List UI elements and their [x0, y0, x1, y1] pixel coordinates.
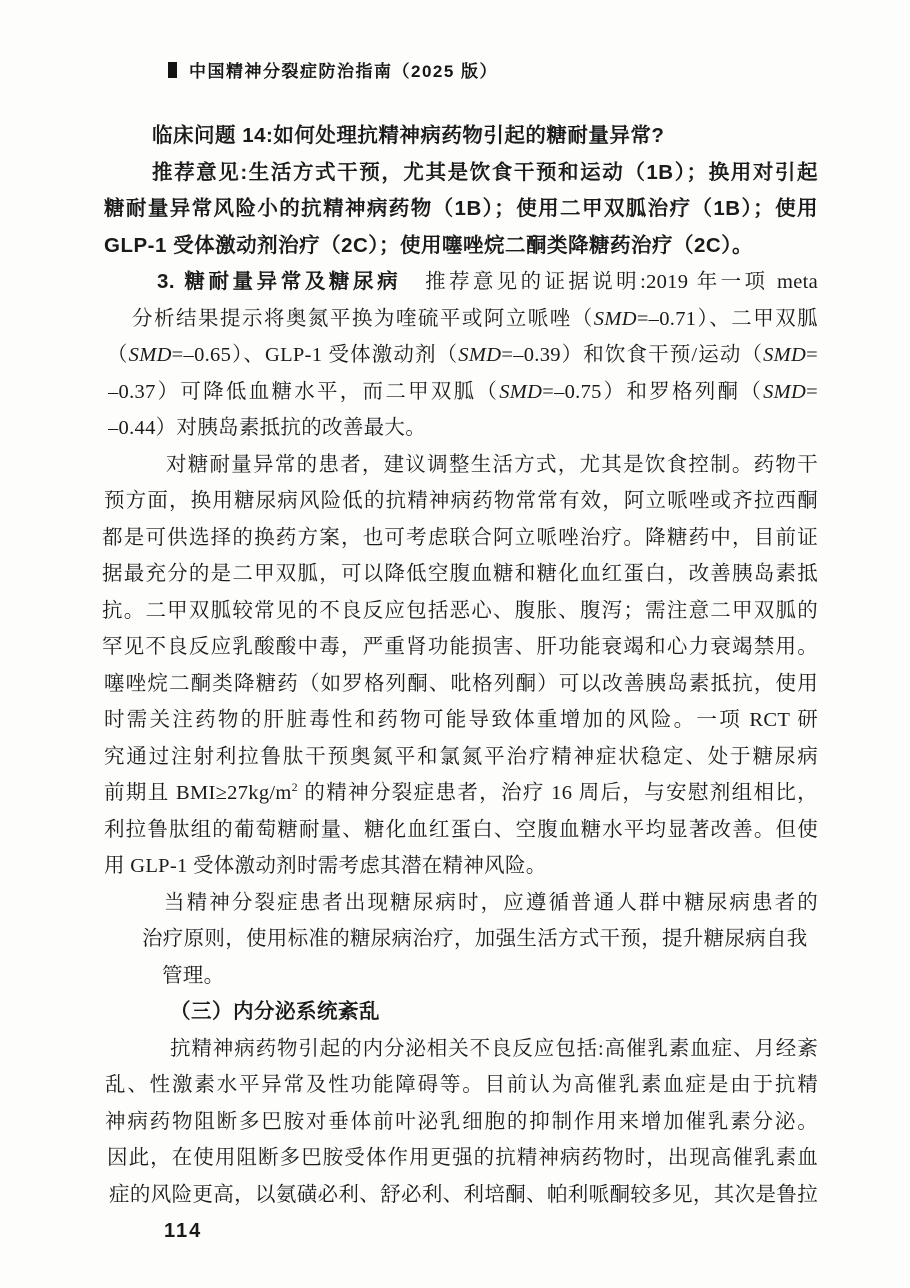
- text-line: 治疗原则，使用标准的糖尿病治疗，加强生活方式干预，提升糖尿病自我: [142, 921, 818, 958]
- text-line: 据最充分的是二甲双胍，可以降低空腹血糖和糖化血红蛋白，改善胰岛素抵: [102, 556, 818, 593]
- text-line: 都是可供选择的换药方案，也可考虑联合阿立哌唑治疗。降糖药中，目前证: [102, 520, 818, 557]
- text-line: （三）内分泌系统紊乱: [170, 994, 818, 1031]
- text-line: 神病药物阻断多巴胺对垂体前叶泌乳细胞的抑制作用来增加催乳素分泌。: [105, 1104, 818, 1141]
- text-line: GLP-1 受体激动剂治疗（2C）；使用噻唑烷二酮类降糖药治疗（2C）。: [104, 228, 818, 265]
- document-body: 临床问题 14:如何处理抗精神病药物引起的糖耐量异常?推荐意见:生活方式干预，尤…: [102, 118, 818, 1213]
- text-line: 用 GLP-1 受体激动剂时需考虑其潜在精神风险。: [104, 848, 818, 885]
- text-line: 噻唑烷二酮类降糖药（如罗格列酮、吡格列酮）可以改善胰岛素抵抗，使用: [104, 666, 818, 703]
- header-marker-icon: [168, 62, 177, 78]
- text-line: 抗。二甲双胍较常见的不良反应包括恶心、腹胀、腹泻；需注意二甲双胍的: [102, 593, 818, 630]
- text-line: 临床问题 14:如何处理抗精神病药物引起的糖耐量异常?: [152, 118, 818, 155]
- text-line: 当精神分裂症患者出现糖尿病时，应遵循普通人群中糖尿病患者的: [164, 885, 818, 922]
- text-line: 抗精神病药物引起的内分泌相关不良反应包括:高催乳素血症、月经紊: [170, 1031, 818, 1068]
- text-line: 管理。: [162, 958, 818, 995]
- header-title: 中国精神分裂症防治指南（2025 版）: [189, 57, 498, 82]
- text-line: 预方面，换用糖尿病风险低的抗精神病药物常常有效，阿立哌唑或齐拉西酮: [104, 483, 818, 520]
- text-line: 推荐意见:生活方式干预，尤其是饮食干预和运动（1B）；换用对引起: [152, 155, 818, 192]
- text-line: 前期且 BMI≥27kg/m2 的精神分裂症患者，治疗 16 周后，与安慰剂组相…: [104, 775, 818, 812]
- page-number: 114: [164, 1220, 202, 1243]
- text-line: 罕见不良反应乳酸酸中毒，严重肾功能损害、肝功能衰竭和心力衰竭禁用。: [102, 629, 818, 666]
- text-line: 利拉鲁肽组的葡萄糖耐量、糖化血红蛋白、空腹血糖水平均显著改善。但使: [104, 812, 818, 849]
- text-line: –0.44）对胰岛素抵抗的改善最大。: [108, 410, 818, 447]
- text-line: 分析结果提示将奥氮平换为喹硫平或阿立哌唑（SMD=–0.71）、二甲双胍: [132, 301, 818, 338]
- page-header: 中国精神分裂症防治指南（2025 版）: [168, 57, 498, 82]
- text-line: 糖耐量异常风险小的抗精神病药物（1B）；使用二甲双胍治疗（1B）；使用: [104, 191, 818, 228]
- text-line: 症的风险更高，以氨磺必利、舒必利、利培酮、帕利哌酮较多见，其次是鲁拉: [109, 1177, 818, 1214]
- text-line: 乱、性激素水平异常及性功能障碍等。目前认为高催乳素血症是由于抗精: [105, 1067, 818, 1104]
- text-line: 3. 糖耐量异常及糖尿病 推荐意见的证据说明:2019 年一项 meta: [157, 264, 818, 301]
- text-line: –0.37）可降低血糖水平，而二甲双胍（SMD=–0.75）和罗格列酮（SMD=: [108, 374, 818, 411]
- text-line: 因此，在使用阻断多巴胺受体作用更强的抗精神病药物时，出现高催乳素血: [107, 1140, 818, 1177]
- text-line: 时需关注药物的肝脏毒性和药物可能导致体重增加的风险。一项 RCT 研: [104, 702, 818, 739]
- text-line: 究通过注射利拉鲁肽干预奥氮平和氯氮平治疗精神症状稳定、处于糖尿病: [104, 739, 818, 776]
- text-line: 对糖耐量异常的患者，建议调整生活方式，尤其是饮食控制。药物干: [166, 447, 818, 484]
- text-line: （SMD=–0.65）、GLP-1 受体激动剂（SMD=–0.39）和饮食干预/…: [107, 337, 818, 374]
